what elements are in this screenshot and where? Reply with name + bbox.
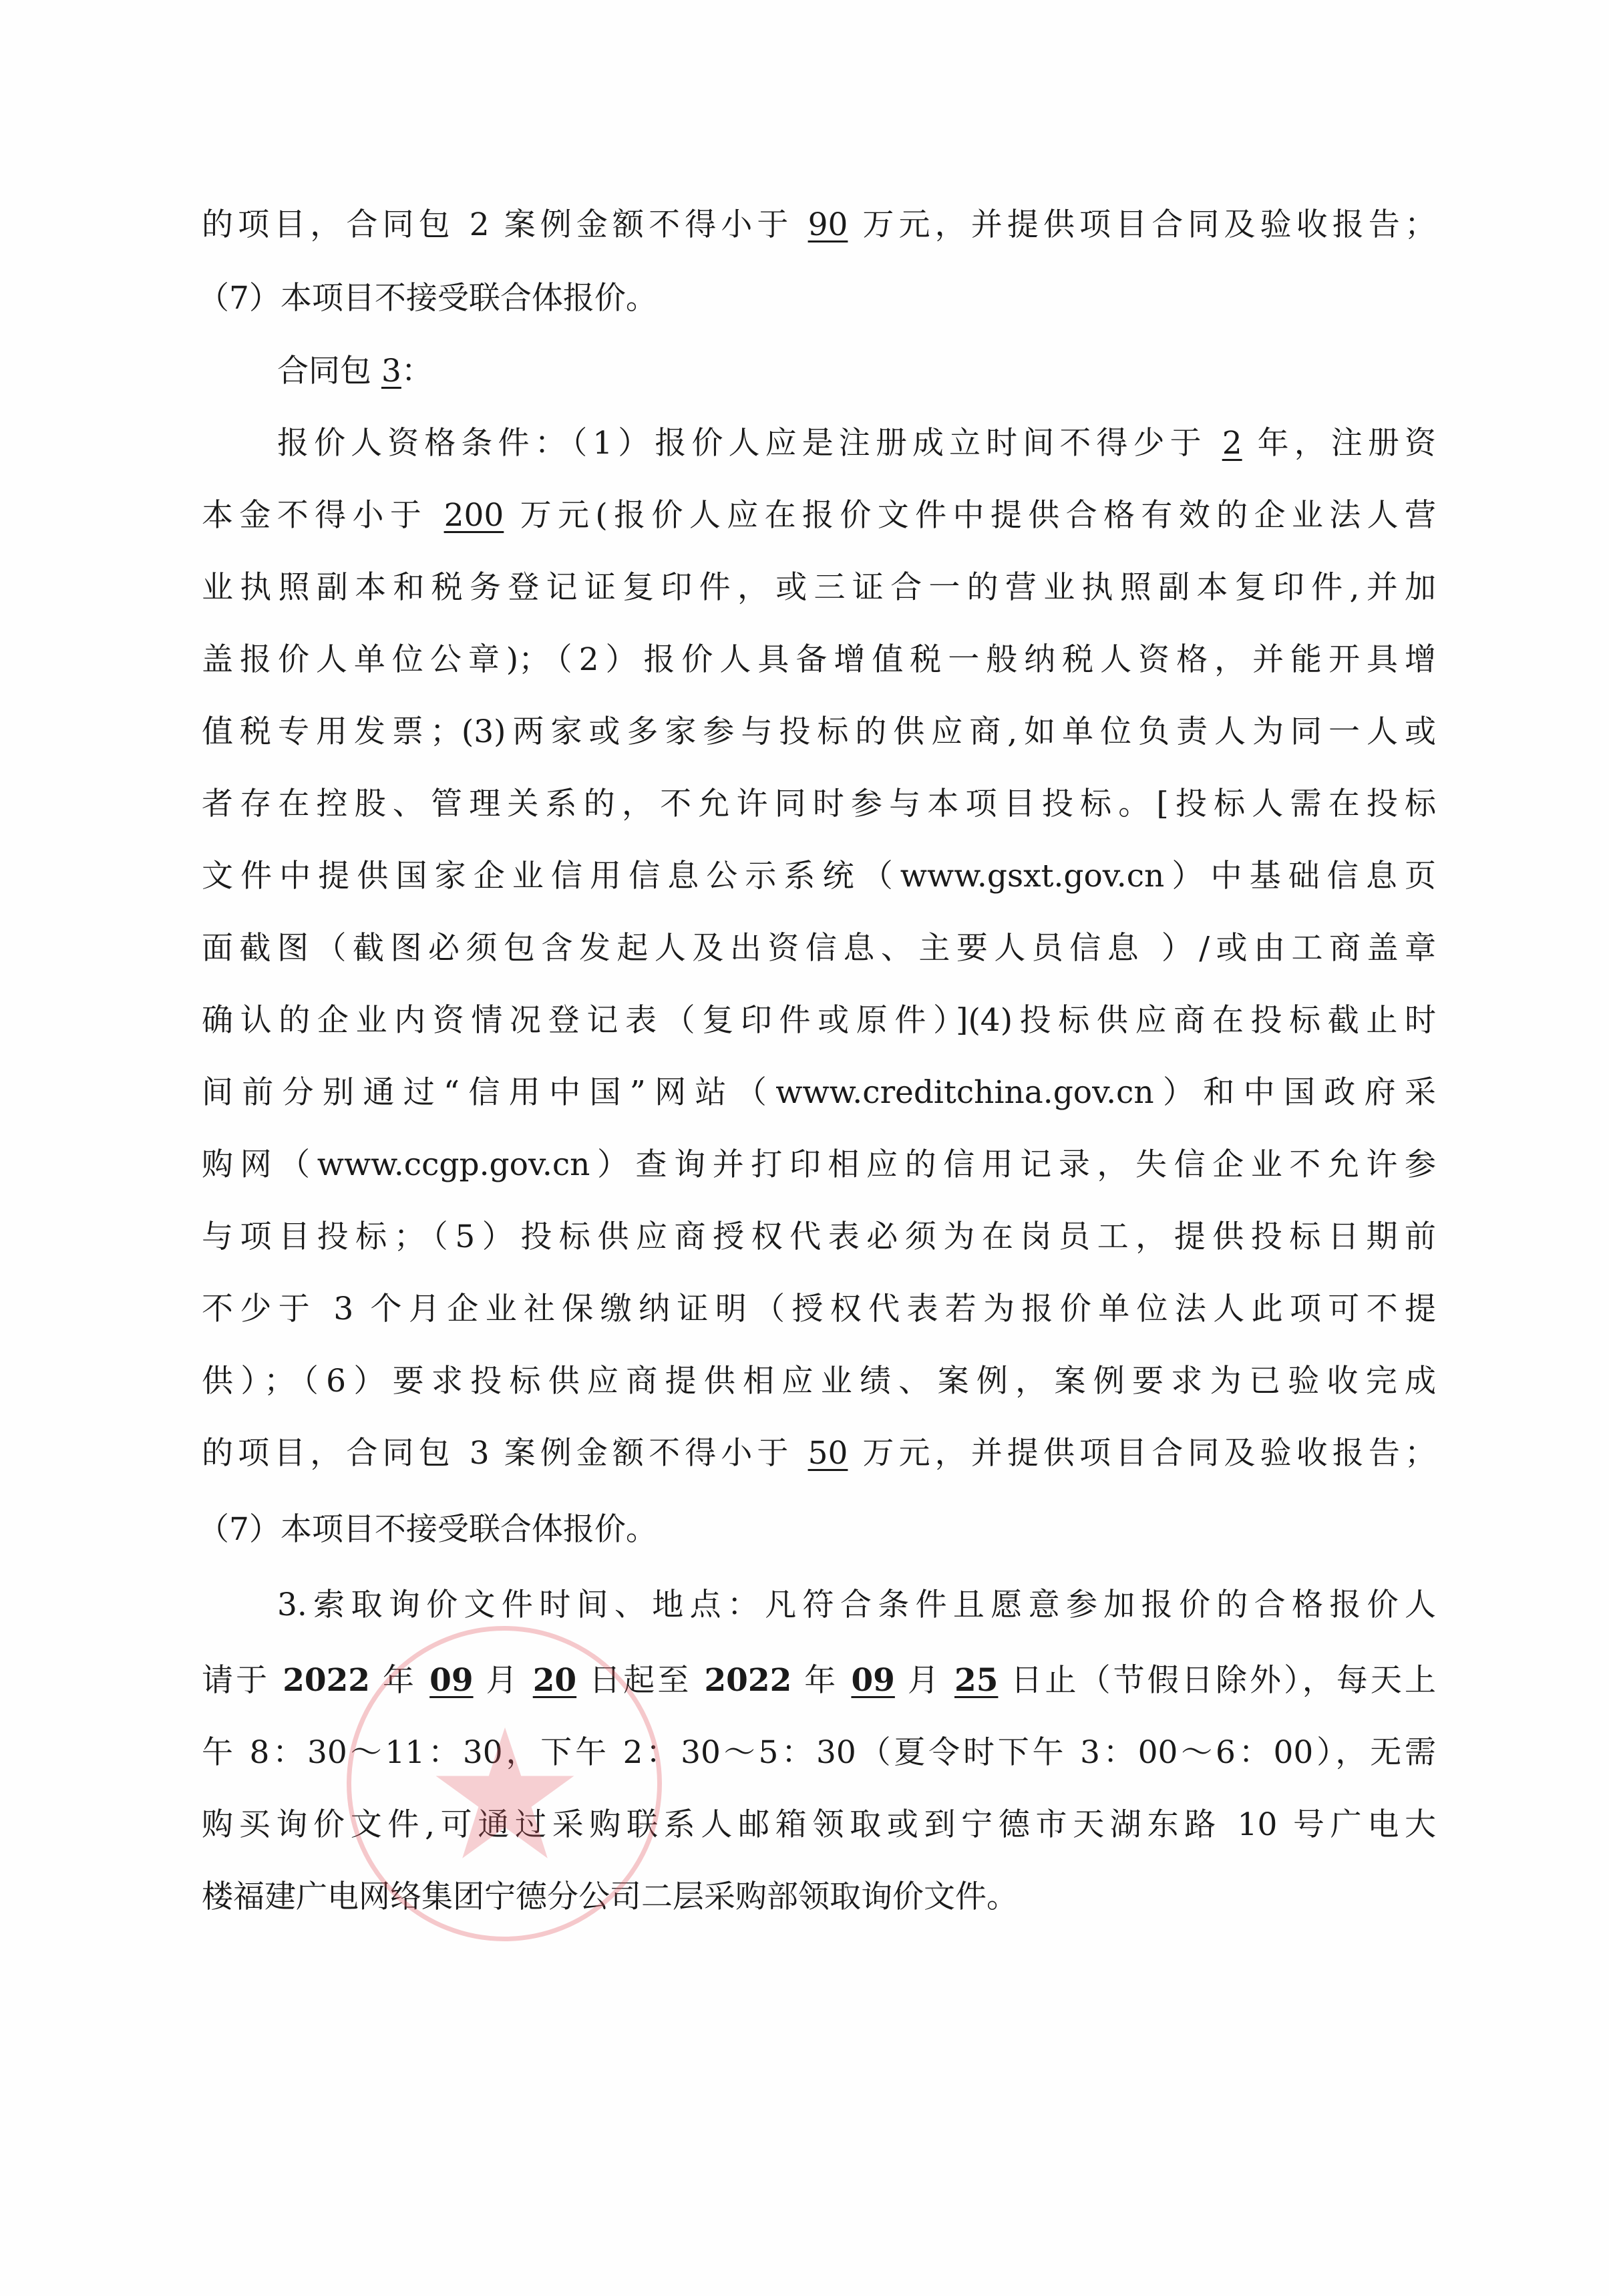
text-line: 本金不得小于 200 万元(报价人应在报价文件中提供合格有效的企业法人营 xyxy=(202,496,1436,536)
text-line: 楼福建广电网络集团宁德分公司二层采购部领取询价文件。 xyxy=(202,1877,1436,1917)
text-line: 者存在控股、管理关系的，不允许同时参与本项目投标。[投标人需在投标 xyxy=(202,784,1436,824)
text-span: 文件中提供国家企业信用信息公示系统（www.gsxt.gov.cn）中基础信息页 xyxy=(202,858,1436,894)
text-span: 楼福建广电网络集团宁德分公司二层采购部领取询价文件。 xyxy=(202,1878,1018,1915)
text-span: 2022 xyxy=(704,1662,791,1699)
text-line: 请于 2022 年 09 月 20 日起至 2022 年 09 月 25 日止（… xyxy=(202,1661,1436,1701)
text-line: 午 8：30～11：30，下午 2：30～5：30（夏令时下午 3：00～6：0… xyxy=(202,1733,1436,1773)
text-span: 盖报价人单位公章)；（2）报价人具备增值税一般纳税人资格，并能开具增 xyxy=(202,641,1436,678)
section-heading: 合同包 3： xyxy=(277,351,1436,391)
text-span: 购网（www.ccgp.gov.cn）查询并打印相应的信用记录，失信企业不允许参 xyxy=(202,1146,1436,1183)
text-span: ： xyxy=(401,353,433,389)
text-span: 业执照副本和税务登记证复印件，或三证合一的营业执照副本复印件,并加 xyxy=(202,569,1436,606)
text-line: 购买询价文件,可通过采购联系人邮箱领取或到宁德市天湖东路 10 号广电大 xyxy=(202,1805,1436,1845)
underlined-value: 2 xyxy=(1222,425,1242,462)
text-span: 3.索取询价文件时间、地点：凡符合条件且愿意参加报价的合格报价人 xyxy=(277,1587,1436,1623)
text-span: 的项目，合同包 2 案例金额不得小于 xyxy=(202,206,808,243)
text-line: 的项目，合同包 3 案例金额不得小于 50 万元，并提供项目合同及验收报告； xyxy=(202,1434,1436,1474)
text-span: 年 xyxy=(791,1662,851,1699)
underlined-value: 3 xyxy=(381,353,401,389)
text-span: 日止（节假日除外），每天上 xyxy=(998,1662,1436,1699)
text-span: 不少于 3 个月企业社保缴纳证明（授权代表若为报价单位法人此项可不提 xyxy=(202,1291,1436,1327)
text-span: 月 xyxy=(474,1662,533,1699)
text-line: 业执照副本和税务登记证复印件，或三证合一的营业执照副本复印件,并加 xyxy=(202,568,1436,608)
text-span: 万元，并提供项目合同及验收报告； xyxy=(848,1435,1436,1472)
text-line: （7）本项目不接受联合体报价。 xyxy=(198,1510,1432,1550)
text-line: 供）；（6）要求投标供应商提供相应业绩、案例，案例要求为已验收完成 xyxy=(202,1361,1436,1402)
text-line: 报价人资格条件：（1）报价人应是注册成立时间不得少于 2 年，注册资 xyxy=(277,424,1436,464)
text-span: （7）本项目不接受联合体报价。 xyxy=(198,280,657,317)
underlined-value: 50 xyxy=(808,1435,848,1472)
text-line: 购网（www.ccgp.gov.cn）查询并打印相应的信用记录，失信企业不允许参 xyxy=(202,1145,1436,1185)
text-line: 面截图（截图必须包含发起人及出资信息、主要人员信息 ）/或由工商盖章 xyxy=(202,929,1436,969)
text-span: 值税专用发票；(3)两家或多家参与投标的供应商,如单位负责人为同一人或 xyxy=(202,713,1436,750)
text-line: 确认的企业内资情况登记表（复印件或原件）](4)投标供应商在投标截止时 xyxy=(202,1001,1436,1041)
underlined-value: 20 xyxy=(533,1662,576,1699)
text-span: 万元(报价人应在报价文件中提供合格有效的企业法人营 xyxy=(504,497,1436,534)
text-line: 文件中提供国家企业信用信息公示系统（www.gsxt.gov.cn）中基础信息页 xyxy=(202,856,1436,896)
text-line: 间前分别通过“信用中国”网站（www.creditchina.gov.cn）和中… xyxy=(202,1073,1436,1113)
text-span: 间前分别通过“信用中国”网站（www.creditchina.gov.cn）和中… xyxy=(202,1074,1436,1111)
document-page: 的项目，合同包 2 案例金额不得小于 90 万元，并提供项目合同及验收报告； （… xyxy=(0,0,1609,2296)
underlined-value: 200 xyxy=(444,497,504,534)
text-span: 请于 xyxy=(202,1662,283,1699)
text-span: 报价人资格条件：（1）报价人应是注册成立时间不得少于 xyxy=(277,425,1222,462)
text-line: 值税专用发票；(3)两家或多家参与投标的供应商,如单位负责人为同一人或 xyxy=(202,712,1436,752)
section-heading: 3.索取询价文件时间、地点：凡符合条件且愿意参加报价的合格报价人 xyxy=(277,1585,1436,1625)
text-span: 本金不得小于 xyxy=(202,497,444,534)
text-span: 年，注册资 xyxy=(1242,425,1436,462)
text-line: 与项目投标；（5）投标供应商授权代表必须为在岗员工，提供投标日期前 xyxy=(202,1217,1436,1257)
underlined-value: 90 xyxy=(808,206,848,243)
text-span: 2022 xyxy=(283,1662,370,1699)
text-span: 者存在控股、管理关系的，不允许同时参与本项目投标。[投标人需在投标 xyxy=(202,786,1436,822)
text-span: 的项目，合同包 3 案例金额不得小于 xyxy=(202,1435,808,1472)
text-line: 不少于 3 个月企业社保缴纳证明（授权代表若为报价单位法人此项可不提 xyxy=(202,1289,1436,1329)
text-span: 月 xyxy=(895,1662,954,1699)
text-span: 万元，并提供项目合同及验收报告； xyxy=(848,206,1436,243)
text-line: 的项目，合同包 2 案例金额不得小于 90 万元，并提供项目合同及验收报告； xyxy=(202,205,1436,245)
underlined-value: 25 xyxy=(954,1662,998,1699)
text-span: 午 8：30～11：30，下午 2：30～5：30（夏令时下午 3：00～6：0… xyxy=(202,1734,1436,1771)
text-line: 盖报价人单位公章)；（2）报价人具备增值税一般纳税人资格，并能开具增 xyxy=(202,640,1436,680)
underlined-value: 09 xyxy=(851,1662,894,1699)
text-span: 供）；（6）要求投标供应商提供相应业绩、案例，案例要求为已验收完成 xyxy=(202,1363,1436,1400)
text-span: 年 xyxy=(370,1662,429,1699)
text-span: 面截图（截图必须包含发起人及出资信息、主要人员信息 ）/或由工商盖章 xyxy=(202,930,1436,967)
underlined-value: 09 xyxy=(429,1662,473,1699)
text-line: （7）本项目不接受联合体报价。 xyxy=(198,279,1432,319)
text-span: 日起至 xyxy=(576,1662,704,1699)
text-span: 合同包 xyxy=(277,353,381,389)
text-span: 确认的企业内资情况登记表（复印件或原件）](4)投标供应商在投标截止时 xyxy=(202,1002,1436,1039)
text-span: （7）本项目不接受联合体报价。 xyxy=(198,1511,657,1548)
text-span: 与项目投标；（5）投标供应商授权代表必须为在岗员工，提供投标日期前 xyxy=(202,1218,1436,1255)
text-span: 购买询价文件,可通过采购联系人邮箱领取或到宁德市天湖东路 10 号广电大 xyxy=(202,1806,1436,1843)
